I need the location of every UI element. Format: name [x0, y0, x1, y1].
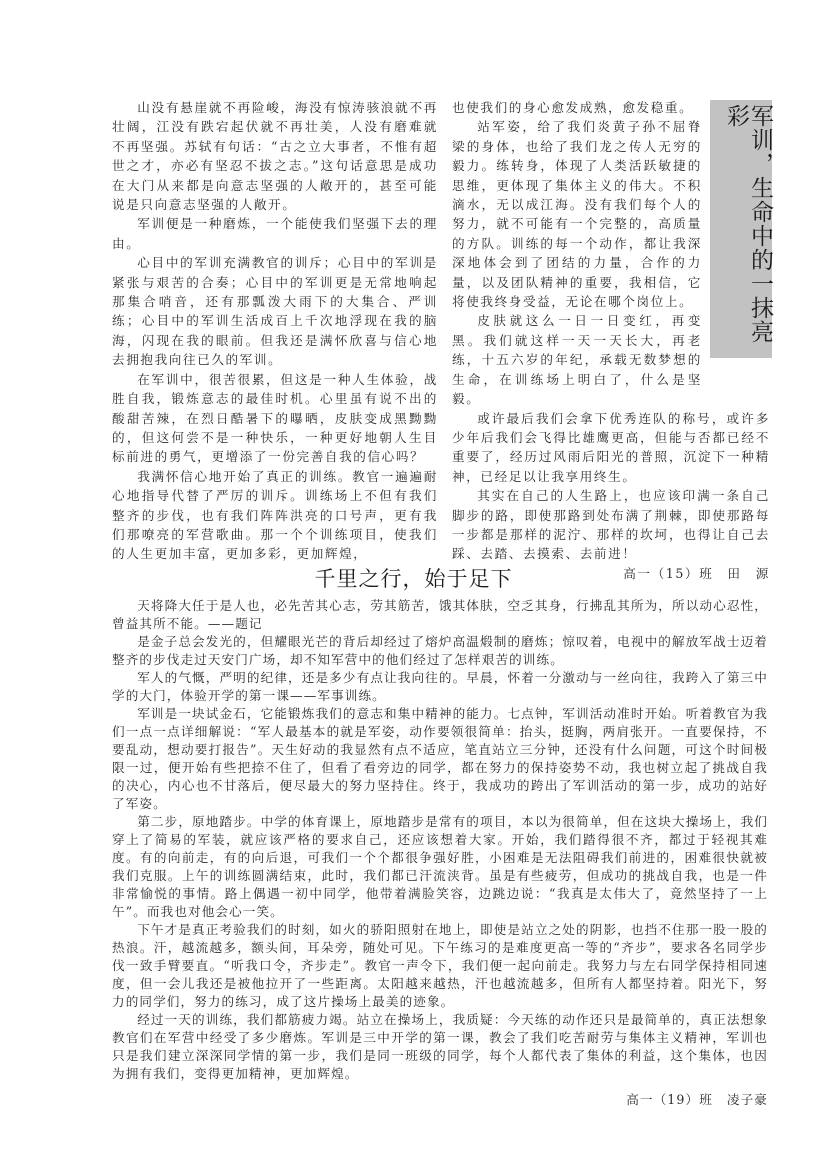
- article1-title-banner: 军训，生命中的一抹亮彩: [710, 100, 772, 358]
- article1-paragraph: 心目中的军训充满教官的训斥；心目中的军训是紧张与艰苦的合奏；心目中的军训更是无常…: [112, 253, 438, 369]
- author-class: 高一（19）班: [626, 1092, 713, 1107]
- article1-paragraph: 或许最后我们会拿下优秀连队的称号，或许多少年后我们会飞得比雄鹰更高，但能与否都已…: [452, 409, 770, 487]
- article1-paragraph: 我满怀信心地开始了真正的训练。教官一遍遍耐心地指导代替了严厉的训斥。训练场上不但…: [112, 467, 438, 564]
- article2-paragraph: 军训是一块试金石，它能锻炼我们的意志和集中精神的能力。七点钟，军训活动准时开始。…: [112, 705, 768, 813]
- article2-paragraph: 经过一天的训练，我们都筋疲力竭。站立在操场上，我质疑：今天练的动作还只是最简单的…: [112, 1011, 768, 1083]
- article2-paragraph: 下午才是真正考验我们的时刻，如火的骄阳照射在地上，即使是站立之处的阴影，也挡不住…: [112, 921, 768, 1011]
- article1-continuation: 也使我们的身心愈发成熟，愈发稳重。: [452, 98, 702, 117]
- article2-body: 天将降大任于是人也，必先苦其心志，劳其筋苦，饿其体肤，空乏其身，行拂乱其所为，所…: [112, 597, 768, 1109]
- article1-paragraph: 站军姿，给了我们炎黄子孙不屈脊梁的身体，也给了我们龙之传人无穷的毅力。练转身，体…: [452, 117, 702, 311]
- article1-paragraph: 皮肤就这么一日一日变红，再变黑。我们就这样一天一天长大，再老练，十五六岁的年纪，…: [452, 311, 702, 408]
- article1-wide-section: 或许最后我们会拿下优秀连队的称号，或许多少年后我们会飞得比雄鹰更高，但能与否都已…: [452, 409, 770, 584]
- article2-signature: 高一（19）班凌子豪: [112, 1091, 768, 1109]
- article1-paragraph: 山没有悬崖就不再险峻，海没有惊涛骇浪就不再壮阔，江没有跌宕起伏就不再壮美，人没有…: [112, 98, 438, 214]
- article1-title: 军训，生命中的一抹亮彩: [724, 104, 772, 358]
- article1-paragraph: 其实在自己的人生路上，也应该印满一条自己脚步的路，即使那路到处布满了荆棘，即使那…: [452, 486, 770, 564]
- article1-paragraph: 在军训中，很苦很累，但这是一种人生体验，战胜自我，锻炼意志的最佳时机。心里虽有说…: [112, 370, 438, 467]
- article1-paragraph: 军训便是一种磨炼，一个能使我们坚强下去的理由。: [112, 214, 438, 253]
- article2-paragraph: 军人的气慨，严明的纪律，还是多少有点让我向往的。早晨，怀着一分激动与一丝向往，我…: [112, 669, 768, 705]
- author-name: 凌子豪: [727, 1092, 768, 1107]
- article1-left-column: 山没有悬崖就不再险峻，海没有惊涛骇浪就不再壮阔，江没有跌宕起伏就不再壮美，人没有…: [112, 98, 438, 564]
- article2-epigraph: 天将降大任于是人也，必先苦其心志，劳其筋苦，饿其体肤，空乏其身，行拂乱其所为，所…: [112, 597, 768, 633]
- article1-right-column: 也使我们的身心愈发成熟，愈发稳重。 站军姿，给了我们炎黄子孙不屈脊梁的身体，也给…: [452, 98, 702, 583]
- article2-paragraph: 是金子总会发光的，但耀眼光芒的背后却经过了熔炉高温煅制的磨炼；惊叹着，电视中的解…: [112, 633, 768, 669]
- article2-title: 千里之行，始于足下: [0, 563, 827, 593]
- article2-paragraph: 第二步，原地踏步。中学的体育课上，原地踏步是常有的项目，本以为很简单，但在这块大…: [112, 813, 768, 921]
